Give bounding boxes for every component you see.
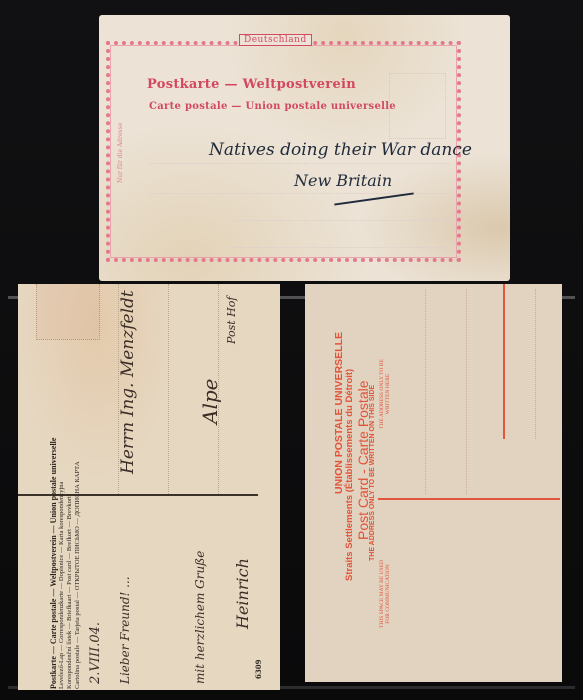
- dotted-line: [535, 289, 536, 439]
- header-line: Korespondenční lístek — Briefkaart — Pos…: [66, 438, 74, 689]
- handwritten-message: mit herzlichem Gruße: [193, 551, 207, 684]
- austrian-postcard: Postkarte — Carte postale — Weltpostvere…: [18, 284, 280, 690]
- address-side-label: Nur für die Adresse: [117, 123, 124, 183]
- handwritten-message: 2.VIII.04.: [88, 622, 103, 684]
- address-line: [229, 220, 449, 221]
- postcard-subtitle: Carte postale — Union postale universell…: [149, 101, 396, 112]
- postcard-title: Postkarte — Weltpostverein: [147, 77, 356, 92]
- handwritten-signature: Heinrich: [233, 558, 252, 629]
- header-line: Postkarte — Carte postale — Weltpostvere…: [50, 438, 58, 689]
- stamp-box: [36, 284, 100, 340]
- dotted-line: [466, 289, 467, 494]
- header-line: Levelező-Lap — Correspondenzkarte — Dopi…: [58, 438, 66, 689]
- header-line: Cartolina postale — Tarjeta postal — ОТК…: [74, 438, 82, 689]
- german-postcard: Deutschland Postkarte — Weltpostverein C…: [99, 15, 510, 281]
- card-number: 6309: [254, 660, 263, 679]
- dotted-line: [425, 289, 426, 494]
- handwritten-caption: Natives doing their War dance: [209, 140, 472, 160]
- stamp-box: [389, 73, 446, 139]
- communication-note: THIS SPACE MAY BE USED FOR COMMUNICATION: [379, 559, 391, 629]
- red-divider-vertical: [503, 284, 505, 439]
- straits-settlements-line: Straits Settlements (Établissements du D…: [344, 369, 355, 581]
- handwritten-address: Post Hof: [225, 297, 238, 344]
- red-divider-horizontal: [378, 498, 560, 500]
- country-tag: Deutschland: [239, 34, 312, 46]
- dotted-line: [168, 284, 169, 494]
- address-only-note: THE ADDRESS ONLY TO BE WRITTEN ON THIS S…: [369, 385, 376, 561]
- handwritten-location: New Britain: [294, 171, 392, 190]
- handwritten-message: Lieber Freund! ...: [118, 576, 132, 684]
- address-line: [229, 247, 449, 248]
- handwritten-address: Herrn Ing. Menzfeldt: [118, 290, 138, 474]
- straits-settlements-postcard: UNION POSTALE UNIVERSELLE Straits Settle…: [305, 284, 562, 682]
- address-line: [149, 163, 449, 164]
- handwritten-address: Alpe: [198, 379, 222, 424]
- postcard-header: Postkarte — Carte postale — Weltpostvere…: [50, 438, 82, 689]
- address-here-note: THE ADDRESS ONLY TO BE WRITTEN HERE: [379, 354, 391, 434]
